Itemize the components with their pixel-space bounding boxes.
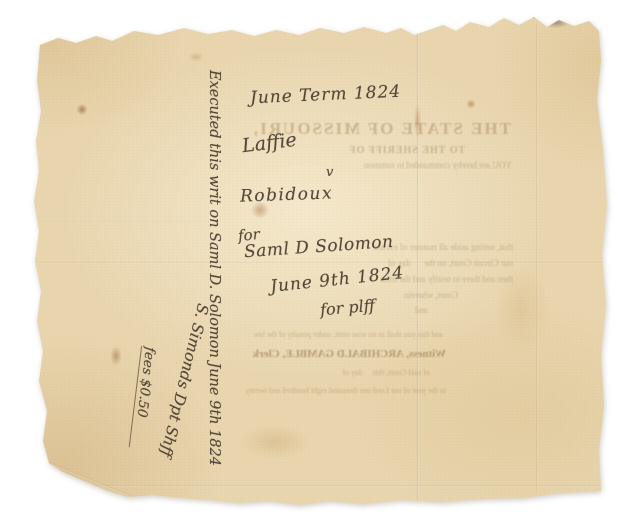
aged-paper-sheet: THE STATE OF MISSOURI, TO THE SHERIFF OF… bbox=[0, 0, 640, 532]
for-plaintiff-note: for plff bbox=[319, 296, 375, 320]
bleedthrough-penalty-line: and this you shall in no wise omit, unde… bbox=[238, 330, 443, 339]
paper-shadow: THE STATE OF MISSOURI, TO THE SHERIFF OF… bbox=[0, 0, 640, 532]
edge-residue-stain bbox=[543, 16, 569, 28]
defendant-name: Robidoux bbox=[240, 183, 334, 206]
versus-abbreviation: v bbox=[326, 165, 333, 180]
sheriff-signature: S. Simonds Dpt Shff bbox=[158, 302, 212, 454]
bleedthrough-form-line: Court, wherein bbox=[388, 290, 458, 300]
foxing-stain bbox=[110, 346, 122, 366]
fee-notation: fees $0.50 bbox=[129, 346, 158, 449]
scanned-document-photo: THE STATE OF MISSOURI, TO THE SHERIFF OF… bbox=[0, 0, 640, 532]
smudge-stain bbox=[188, 52, 204, 62]
paper-texture bbox=[0, 0, 640, 532]
bleedthrough-sheriff-line: TO THE SHERIFF OF bbox=[330, 145, 465, 156]
horizontal-fold-crease bbox=[40, 221, 220, 223]
soft-discoloration bbox=[240, 425, 310, 459]
bleedthrough-dateline: of said Court, this day of bbox=[352, 368, 430, 377]
horizontal-fold-crease bbox=[38, 262, 603, 264]
service-date-line: June 9th 1824 bbox=[269, 263, 405, 297]
foxing-stain bbox=[466, 99, 476, 109]
vertical-fold-crease bbox=[536, 22, 538, 492]
court-term-line: June Term 1824 bbox=[250, 82, 402, 109]
bleedthrough-year-line: in the year of our Lord one thousand eig… bbox=[232, 386, 446, 395]
plaintiff-name: Laffie bbox=[241, 129, 298, 158]
bleedthrough-witness-clerk-line: Witness, ARCHIBALD GAMBLE, Clerk bbox=[258, 348, 446, 360]
horizontal-fold-crease bbox=[70, 485, 600, 487]
corner-crease bbox=[44, 460, 133, 497]
sheriff-return-note: Executed this writ on Saml D. Solomon Ju… bbox=[206, 70, 222, 442]
ink-spot-stain bbox=[76, 104, 88, 115]
bleedthrough-form-line: and bbox=[398, 305, 428, 315]
bleedthrough-command-line: YOU are hereby commanded to summon bbox=[340, 160, 512, 170]
